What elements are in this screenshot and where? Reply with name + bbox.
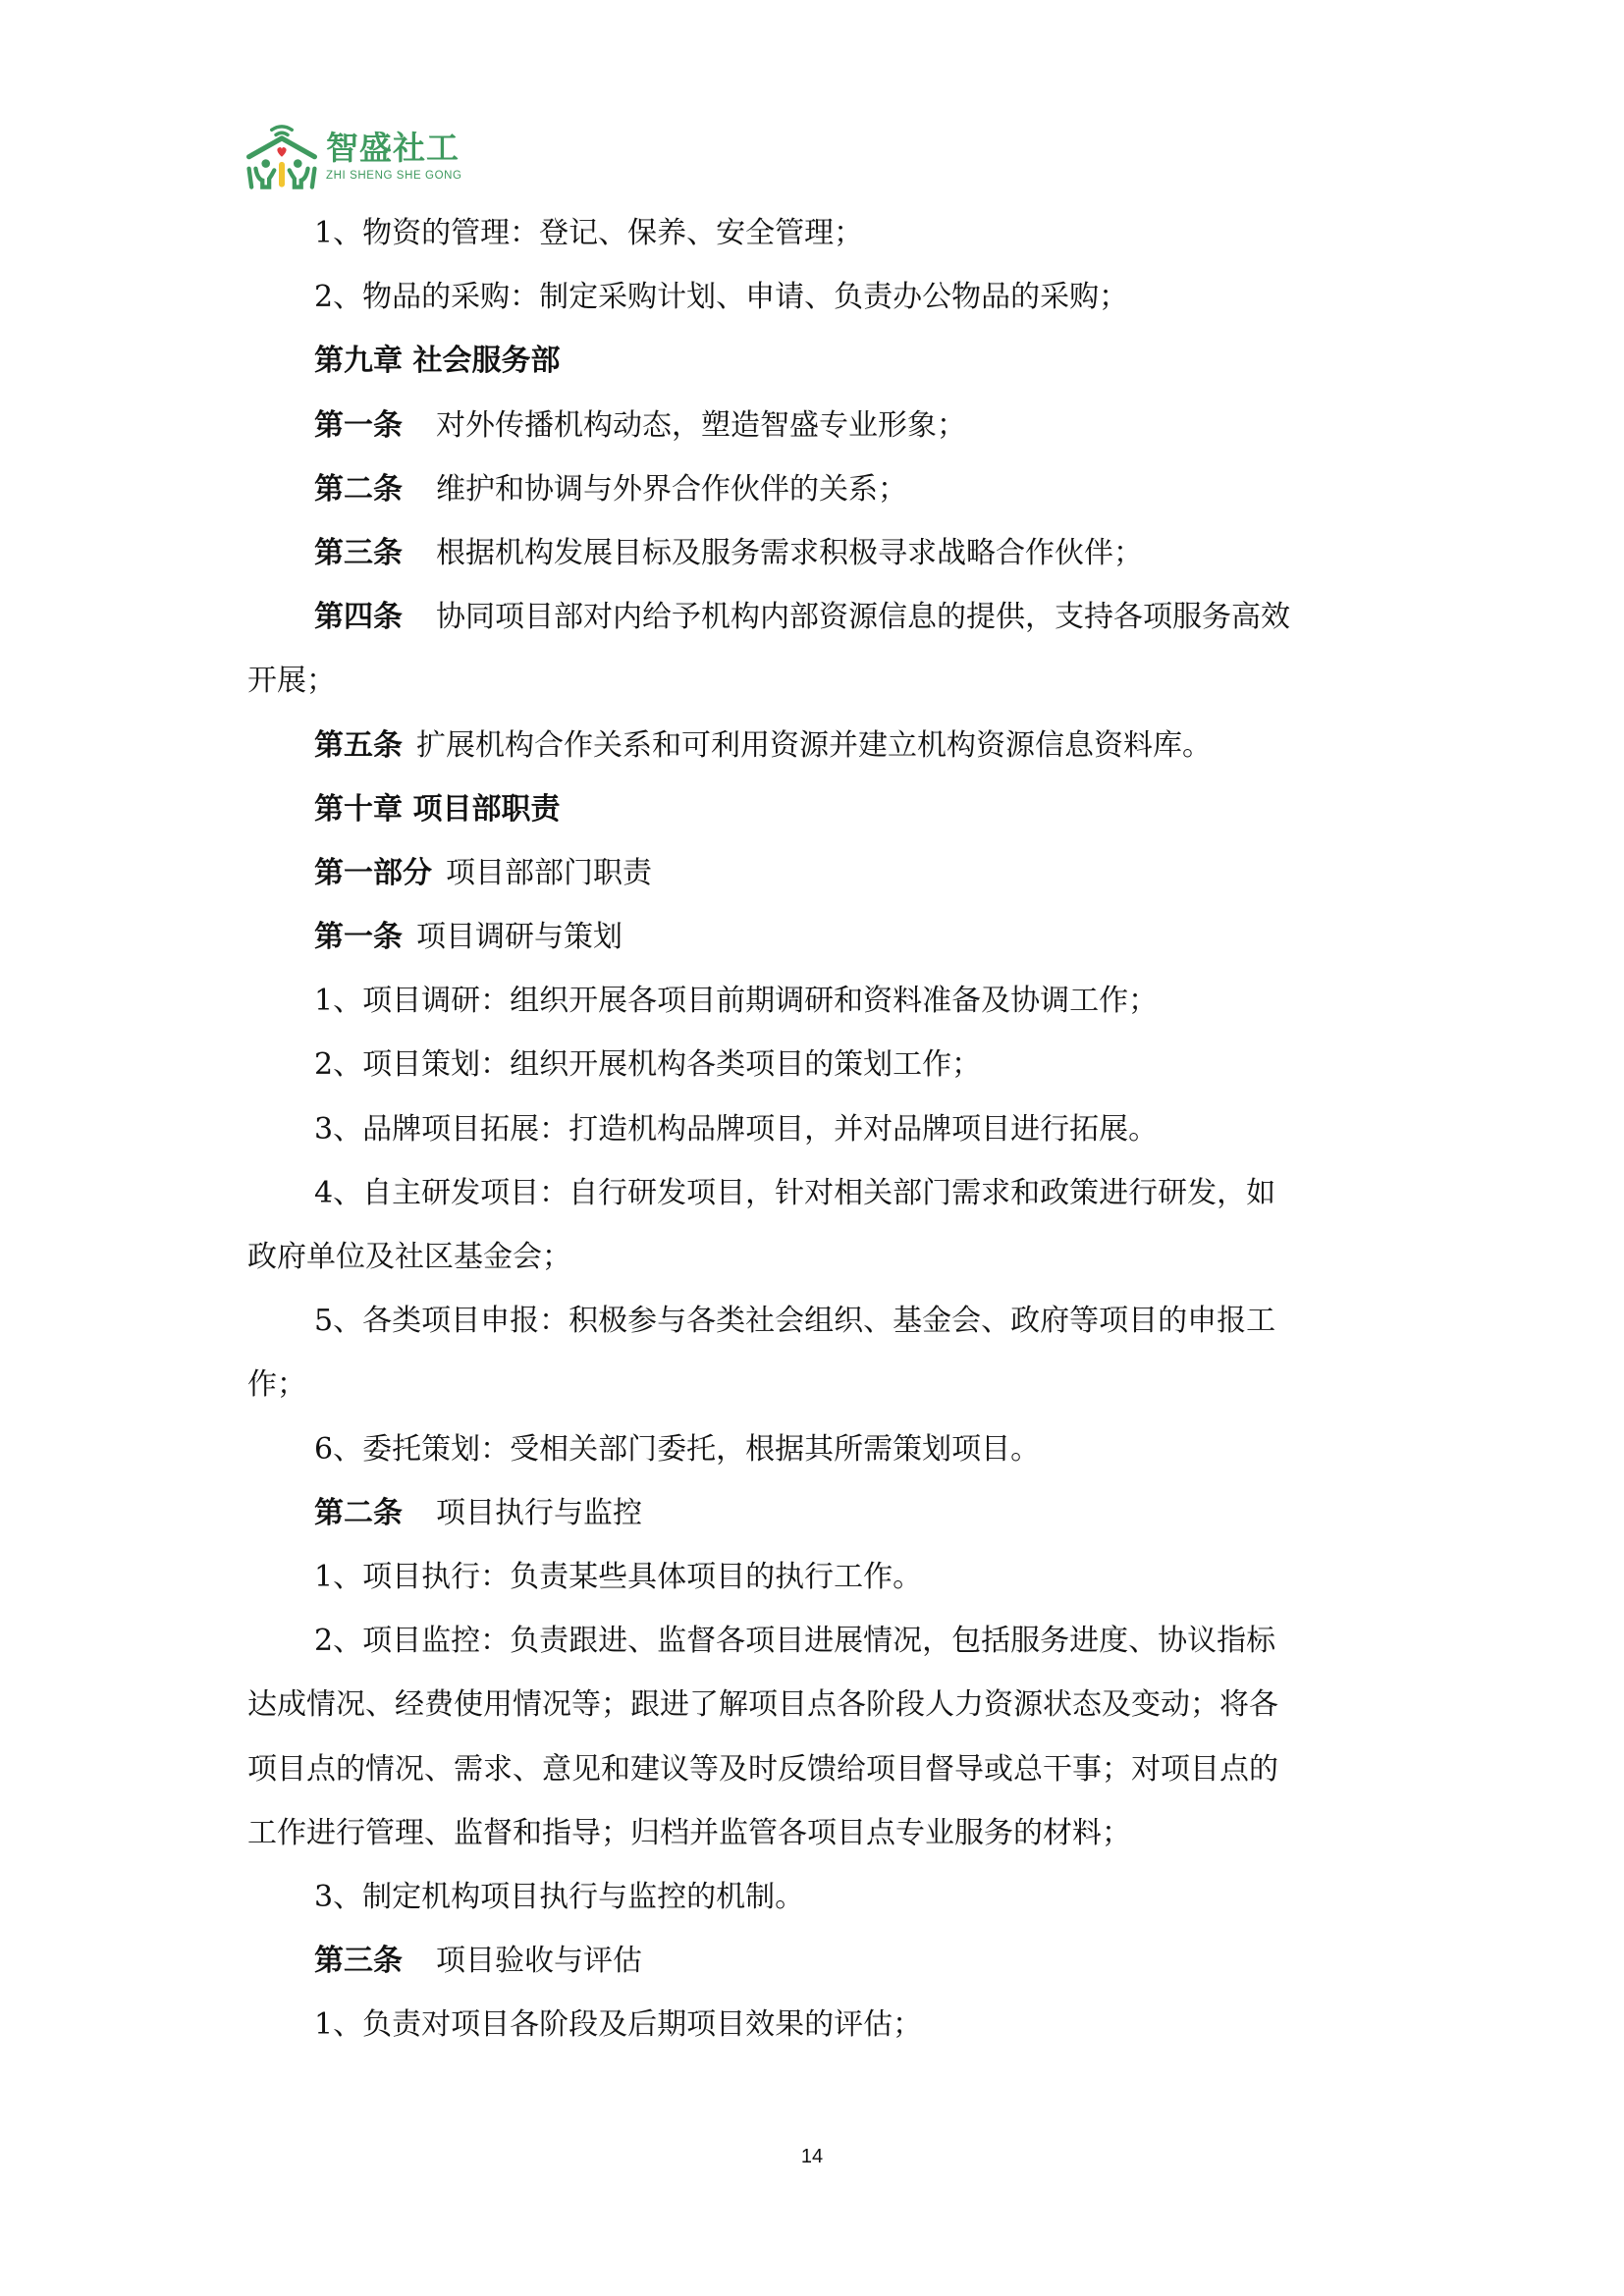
article: 第二条项目执行与监控 <box>247 1481 1391 1545</box>
article: 第五条扩展机构合作关系和可利用资源并建立机构资源信息资料库。 <box>247 714 1391 777</box>
list-item: 6、委托策划：受相关部门委托，根据其所需策划项目。 <box>247 1417 1391 1481</box>
article-label: 第二条 <box>314 1496 403 1530</box>
article-label: 第一条 <box>314 408 403 443</box>
article-text: 项目调研与策划 <box>416 920 623 954</box>
paragraph: 2、物品的采购：制定采购计划、申请、负责办公物品的采购； <box>247 265 1391 329</box>
article: 第四条协同项目部对内给予机构内部资源信息的提供，支持各项服务高效 <box>247 585 1391 649</box>
article-continuation: 开展； <box>247 649 1391 713</box>
article-text: 项目执行与监控 <box>436 1496 642 1530</box>
part-text: 项目部部门职责 <box>446 856 652 890</box>
list-item-continuation: 项目点的情况、需求、意见和建议等及时反馈给项目督导或总干事；对项目点的 <box>247 1737 1391 1801</box>
article-text: 根据机构发展目标及服务需求积极寻求战略合作伙伴； <box>436 536 1143 570</box>
logo-chinese-name: 智盛社工 <box>326 129 462 168</box>
article-label: 第三条 <box>314 1944 403 1978</box>
article: 第一条项目调研与策划 <box>247 905 1391 969</box>
list-item: 4、自主研发项目：自行研发项目，针对相关部门需求和政策进行研发，如 <box>247 1161 1391 1225</box>
part-label: 第一部分 <box>314 856 432 890</box>
header-logo: 智盛社工 ZHI SHENG SHE GONG <box>244 116 479 194</box>
article-label: 第一条 <box>314 920 403 954</box>
article-text: 协同项目部对内给予机构内部资源信息的提供，支持各项服务高效 <box>436 600 1290 634</box>
chapter-heading: 第十章 项目部职责 <box>247 777 1391 841</box>
article: 第三条项目验收与评估 <box>247 1929 1391 1993</box>
article-text: 维护和协调与外界合作伙伴的关系； <box>436 472 907 507</box>
list-item: 1、负责对项目各阶段及后期项目效果的评估； <box>247 1993 1391 2056</box>
chapter-heading: 第九章 社会服务部 <box>247 329 1391 393</box>
list-item: 1、项目执行：负责某些具体项目的执行工作。 <box>247 1545 1391 1609</box>
article-label: 第五条 <box>314 728 403 763</box>
article: 第三条根据机构发展目标及服务需求积极寻求战略合作伙伴； <box>247 521 1391 585</box>
list-item: 1、项目调研：组织开展各项目前期调研和资料准备及协调工作； <box>247 969 1391 1033</box>
house-with-people-heart-wifi-icon <box>244 120 320 190</box>
article-text: 项目验收与评估 <box>436 1944 642 1978</box>
article-label: 第四条 <box>314 600 403 634</box>
article-label: 第二条 <box>314 472 403 507</box>
list-item-continuation: 政府单位及社区基金会； <box>247 1225 1391 1289</box>
document-body: 1、物资的管理：登记、保养、安全管理； 2、物品的采购：制定采购计划、申请、负责… <box>247 201 1391 2056</box>
paragraph: 1、物资的管理：登记、保养、安全管理； <box>247 201 1391 265</box>
list-item: 3、品牌项目拓展：打造机构品牌项目，并对品牌项目进行拓展。 <box>247 1097 1391 1161</box>
list-item-continuation: 工作进行管理、监督和指导；归档并监管各项目点专业服务的材料； <box>247 1801 1391 1865</box>
article: 第一条对外传播机构动态，塑造智盛专业形象； <box>247 394 1391 457</box>
list-item: 3、制定机构项目执行与监控的机制。 <box>247 1865 1391 1929</box>
article: 第二条维护和协调与外界合作伙伴的关系； <box>247 457 1391 521</box>
list-item: 2、项目策划：组织开展机构各类项目的策划工作； <box>247 1033 1391 1096</box>
part-heading: 第一部分项目部部门职责 <box>247 841 1391 905</box>
list-item-continuation: 作； <box>247 1353 1391 1416</box>
list-item: 2、项目监控：负责跟进、监督各项目进展情况，包括服务进度、协议指标 <box>247 1609 1391 1673</box>
article-text: 扩展机构合作关系和可利用资源并建立机构资源信息资料库。 <box>416 728 1212 763</box>
article-label: 第三条 <box>314 536 403 570</box>
logo-english-name: ZHI SHENG SHE GONG <box>326 169 462 183</box>
list-item: 5、各类项目申报：积极参与各类社会组织、基金会、政府等项目的申报工 <box>247 1289 1391 1353</box>
list-item-continuation: 达成情况、经费使用情况等；跟进了解项目点各阶段人力资源状态及变动；将各 <box>247 1673 1391 1736</box>
document-page: 智盛社工 ZHI SHENG SHE GONG 1、物资的管理：登记、保养、安全… <box>0 0 1624 2296</box>
page-number: 14 <box>0 2146 1624 2168</box>
article-text: 对外传播机构动态，塑造智盛专业形象； <box>436 408 966 443</box>
